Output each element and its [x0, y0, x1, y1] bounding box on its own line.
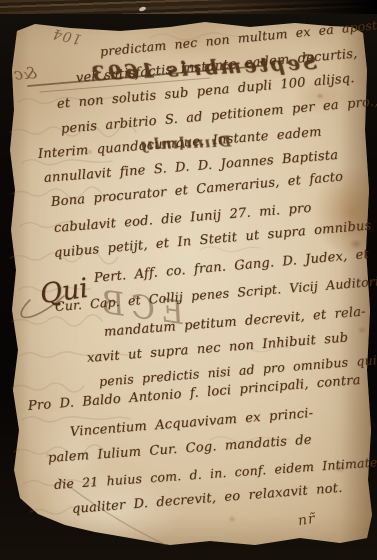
manuscript-text: 104 Septembris 1693 &c Dıınılınlıȷ ECB Q…	[0, 0, 377, 560]
page-number: 104	[51, 25, 84, 47]
notary-mark: nr̃	[297, 511, 317, 529]
manuscript-photo: 104 Septembris 1693 &c Dıınılınlıȷ ECB Q…	[0, 0, 377, 560]
showthrough-margin-mark: &c	[13, 63, 37, 84]
